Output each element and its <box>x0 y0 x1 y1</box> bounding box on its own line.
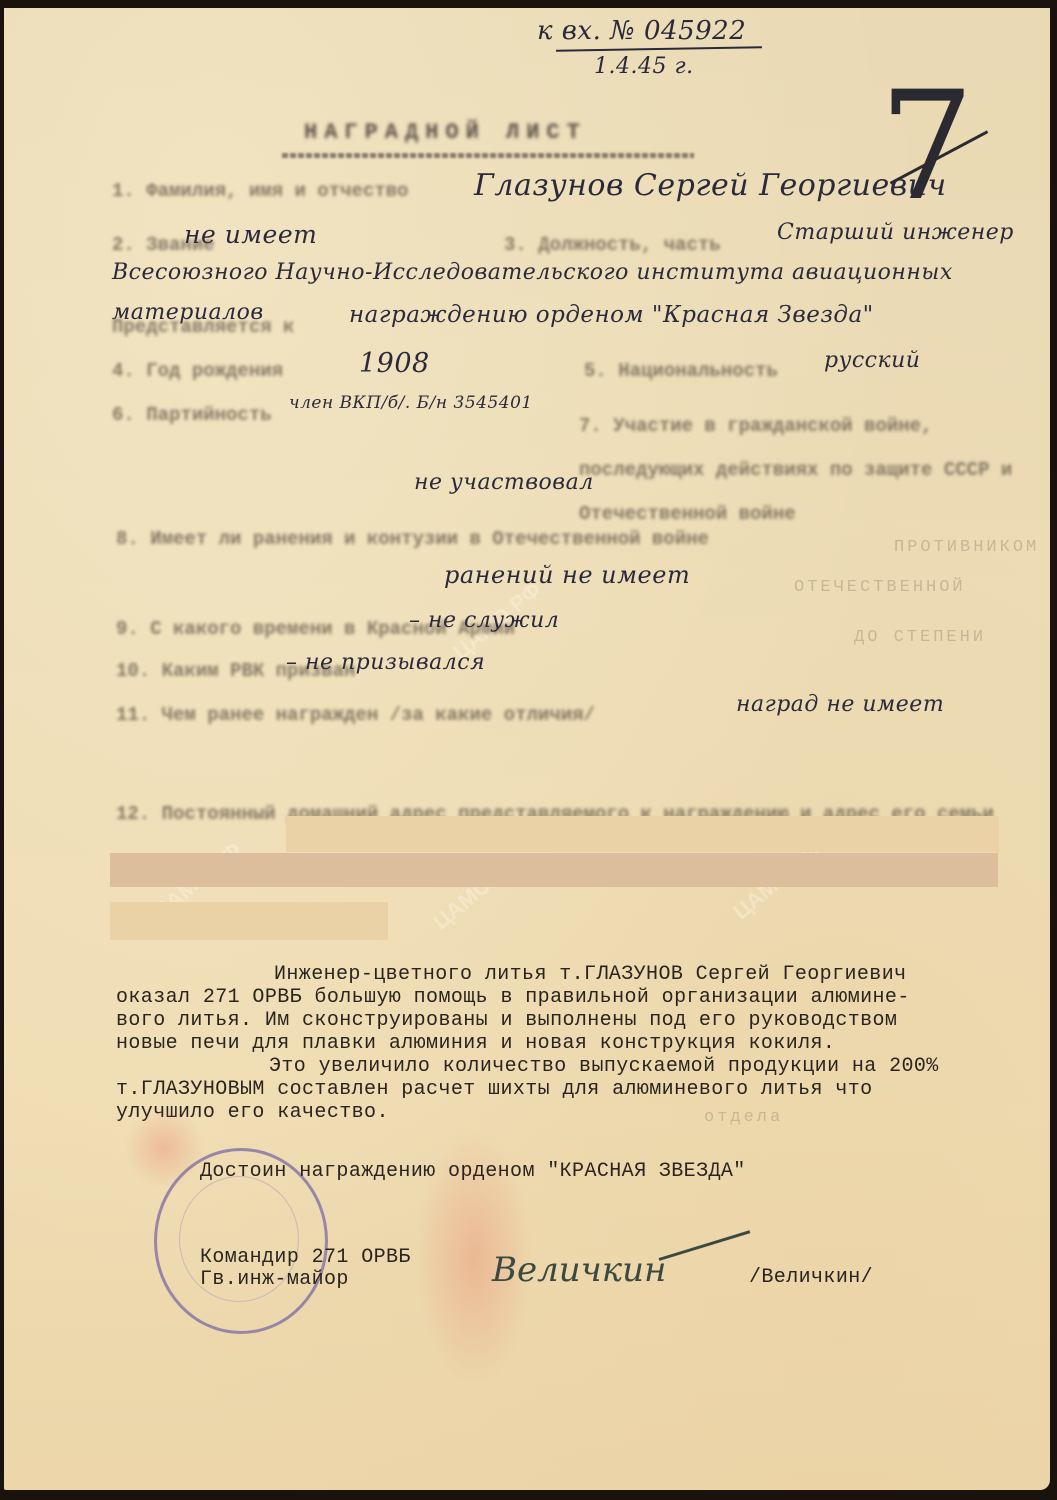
field-value-nominated-for: награждению орденом "Красная Звезда" <box>349 302 874 328</box>
citation-line: т.ГЛАЗУНОВЫМ составлен расчет шихты для … <box>116 1078 873 1101</box>
bleed-through-text: отдела <box>704 1108 783 1127</box>
signer-rank: Гв.инж-майор <box>200 1268 349 1291</box>
field-value-birth-year: 1908 <box>359 348 430 379</box>
field-label-nominated-for: Представляется к <box>112 316 294 338</box>
signer-printed-name: /Величкин/ <box>749 1266 873 1289</box>
citation-line: Это увеличило количество выпускаемой про… <box>269 1055 939 1078</box>
field-label-party: 6. Партийность <box>112 404 272 426</box>
bleed-through-text: ПРОТИВНИКОМ <box>894 538 1039 557</box>
document-title: НАГРАДНОЙ ЛИСТ <box>304 120 587 145</box>
bleed-through-text: ОТЕЧЕСТВЕННОЙ <box>794 578 966 597</box>
award-conclusion: Достоин награждению орденом "КРАСНАЯ ЗВЕ… <box>200 1160 746 1183</box>
citation-line: вого литья. Им сконструированы и выполне… <box>116 1009 897 1032</box>
field-value-service-start: – не служил <box>409 608 559 633</box>
field-label-nationality: 5. Национальность <box>584 360 778 382</box>
field-value-conscription: – не призывался <box>286 650 485 675</box>
archive-date: 1.4.45 г. <box>594 54 694 79</box>
redaction-block <box>110 902 388 940</box>
archive-note-divider <box>556 46 762 52</box>
field-label-name: 1. Фамилия, имя и отчество <box>112 180 408 202</box>
signature-flourish <box>659 1230 751 1261</box>
field-value-wounds: ранений не имеет <box>444 561 690 589</box>
citation-line: Инженер-цветного литья т.ГЛАЗУНОВ Сергей… <box>274 963 907 986</box>
redaction-block <box>110 853 998 887</box>
field-value-name: Глазунов Сергей Георгиевич <box>474 168 947 203</box>
redaction-block <box>286 816 999 852</box>
handwritten-signature: Величкин <box>492 1250 666 1290</box>
title-underline <box>282 153 694 158</box>
signer-position: Командир 271 ОРВБ <box>200 1246 411 1269</box>
citation-line: новые печи для плавки алюминия и новая к… <box>116 1032 835 1055</box>
field-value-previous-awards: наград не имеет <box>736 692 944 717</box>
field-label-wounds: 8. Имеет ли ранения и контузии в Отечест… <box>116 528 709 550</box>
field-value-war-participation: не участвовал <box>414 470 594 495</box>
field-value-nationality: русский <box>824 348 920 373</box>
bleed-through-text: ДО СТЕПЕНИ <box>854 628 986 647</box>
citation-line: оказал 271 ОРВБ большую помощь в правиль… <box>116 986 910 1009</box>
field-label-birth-year: 4. Год рождения <box>112 360 283 382</box>
field-value-party: член ВКП/б/. Б/н 3545401 <box>289 393 533 413</box>
document-sheet: ЦАМО РФ ЦАМО РФ ЦАМО РФ ЦАМО РФ ПРОТИВНИ… <box>4 8 1050 1490</box>
archive-incoming-number: к вх. № 045922 <box>537 16 746 46</box>
field-label-war-participation: 7. Участие в гражданской войне, последую… <box>579 404 1039 536</box>
field-label-previous-awards: 11. Чем ранее награжден /за какие отличи… <box>116 704 595 726</box>
